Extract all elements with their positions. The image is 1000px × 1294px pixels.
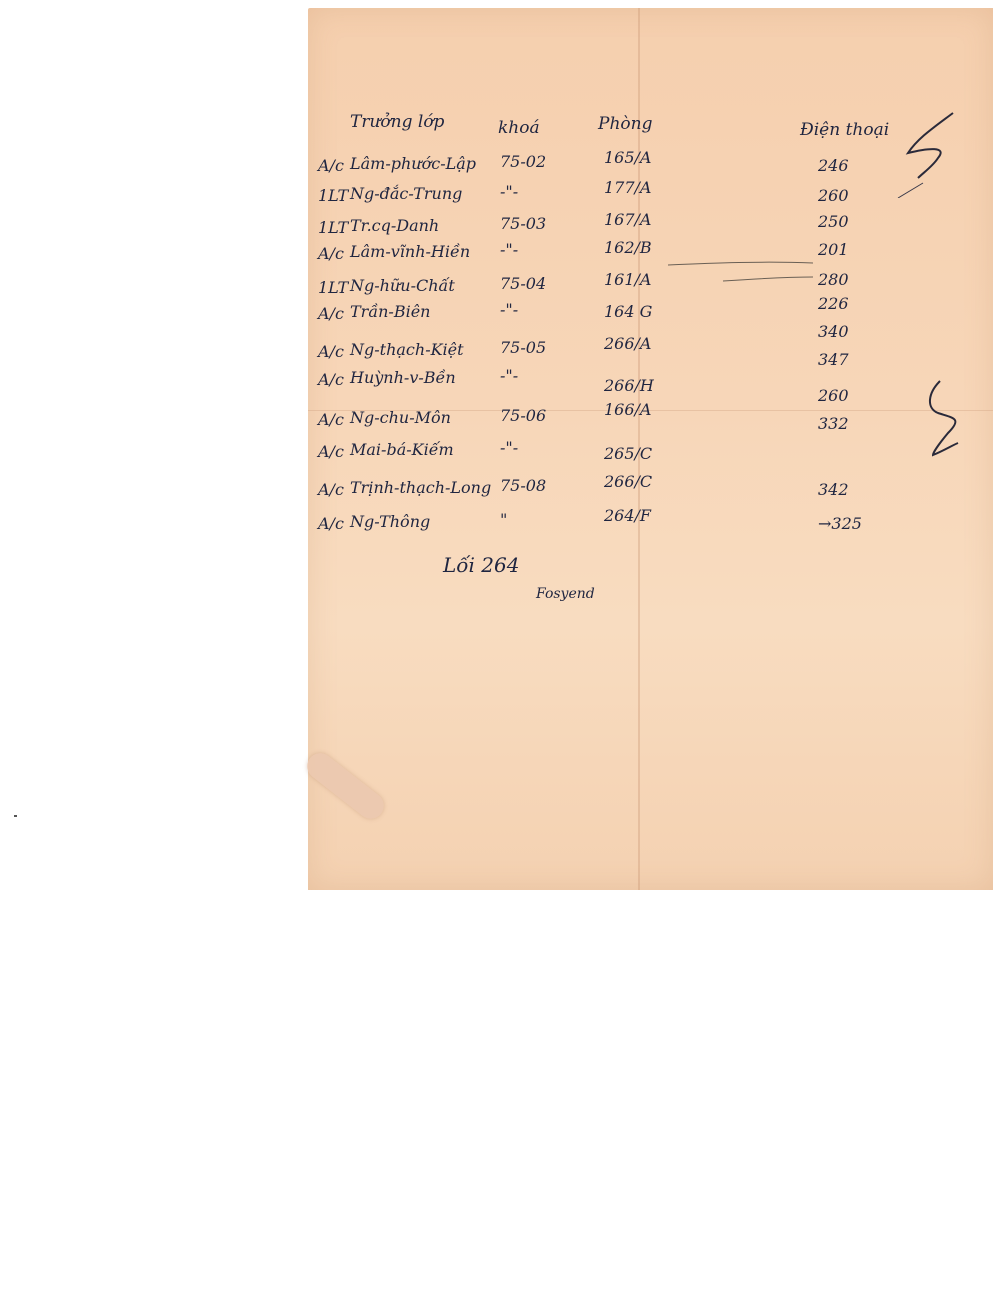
- row-room: 266/H: [604, 376, 654, 395]
- row-title: A/c: [318, 410, 344, 429]
- row-name: Tr.cq-Danh: [350, 216, 439, 235]
- row-phone: 342: [818, 480, 849, 499]
- row-name: Ng-Thông: [350, 512, 430, 531]
- row-title: A/c: [318, 244, 344, 263]
- row-room: 167/A: [604, 210, 651, 229]
- row-name: Lâm-vĩnh-Hiền: [350, 242, 470, 261]
- row-room: 266/A: [604, 334, 651, 353]
- row-course: 75-03: [500, 214, 546, 233]
- row-room: 165/A: [604, 148, 651, 167]
- pen-mark-squiggle-bottom: [928, 373, 988, 463]
- row-title: 1LT: [318, 278, 348, 297]
- row-title: A/c: [318, 156, 344, 175]
- row-course: -"-: [500, 366, 518, 385]
- row-phone: →325: [818, 514, 862, 533]
- row-title: A/c: [318, 442, 344, 461]
- row-name: Ng-hữu-Chất: [350, 276, 455, 295]
- header-course: khoá: [498, 118, 540, 138]
- row-course: 75-06: [500, 406, 546, 425]
- row-phone: 332: [818, 414, 849, 433]
- row-phone: 250: [818, 212, 849, 231]
- row-name: Ng-chu-Môn: [350, 408, 451, 427]
- row-course: 75-05: [500, 338, 546, 357]
- row-title: 1LT: [318, 186, 348, 205]
- row-phone: 246: [818, 156, 849, 175]
- row-title: A/c: [318, 514, 344, 533]
- row-room: 166/A: [604, 400, 651, 419]
- pencil-lines: [663, 253, 823, 283]
- row-title: A/c: [318, 480, 344, 499]
- row-room: 162/B: [604, 238, 652, 257]
- row-course: 75-02: [500, 152, 546, 171]
- row-title: 1LT: [318, 218, 348, 237]
- header-room: Phòng: [598, 114, 652, 134]
- row-course: -"-: [500, 182, 518, 201]
- row-name: Huỳnh-v-Bền: [350, 368, 456, 387]
- row-course: -"-: [500, 438, 518, 457]
- row-phone: 347: [818, 350, 849, 369]
- scan-speck: [14, 815, 17, 817]
- row-phone: 226: [818, 294, 849, 313]
- signature: Fosyend: [536, 586, 595, 602]
- row-room: 164 G: [604, 302, 652, 321]
- row-room: 265/C: [604, 444, 652, 463]
- row-name: Trần-Biên: [350, 302, 430, 321]
- row-room: 161/A: [604, 270, 651, 289]
- row-course: -"-: [500, 300, 518, 319]
- row-phone: 340: [818, 322, 849, 341]
- row-phone: 260: [818, 186, 849, 205]
- row-name: Ng-đắc-Trung: [350, 184, 462, 203]
- row-name: Trịnh-thạch-Long: [350, 478, 491, 497]
- row-phone: 260: [818, 386, 849, 405]
- paper-sheet: Trưởng lớp khoá Phòng Điện thoại A/cLâm-…: [308, 8, 993, 890]
- row-room: 266/C: [604, 472, 652, 491]
- row-course: 75-08: [500, 476, 546, 495]
- row-title: A/c: [318, 304, 344, 323]
- row-room: 264/F: [604, 506, 651, 525]
- row-room: 177/A: [604, 178, 651, 197]
- row-name: Mai-bá-Kiếm: [350, 440, 454, 459]
- row-title: A/c: [318, 342, 344, 361]
- row-course: ": [500, 510, 507, 529]
- footer-note: Lối 264: [443, 553, 519, 577]
- pen-mark-squiggle-top: [888, 108, 968, 198]
- row-name: Lâm-phước-Lập: [350, 154, 476, 173]
- header-name: Trưởng lớp: [350, 112, 444, 132]
- row-name: Ng-thạch-Kiệt: [350, 340, 464, 359]
- header-phone: Điện thoại: [800, 120, 889, 140]
- row-course: -"-: [500, 240, 518, 259]
- paper-stain: [302, 748, 389, 824]
- row-course: 75-04: [500, 274, 546, 293]
- row-title: A/c: [318, 370, 344, 389]
